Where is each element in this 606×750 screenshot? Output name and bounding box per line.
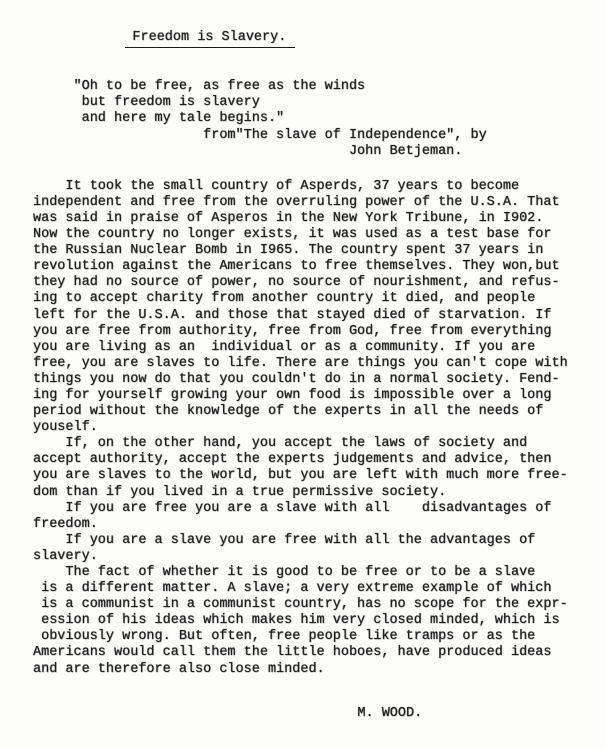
document-title-text: Freedom is Slavery. (125, 30, 295, 48)
signature: M. WOOD. (357, 706, 422, 721)
essay-body: It took the small country of Asperds, 37… (33, 179, 606, 678)
signature-row: M. WOOD. (325, 690, 606, 738)
document-page: Freedom is Slavery. "Oh to be free, as f… (0, 0, 606, 750)
document-title: Freedom is Slavery. (93, 14, 606, 64)
poem-quote: "Oh to be free, as free as the winds but… (33, 79, 606, 159)
